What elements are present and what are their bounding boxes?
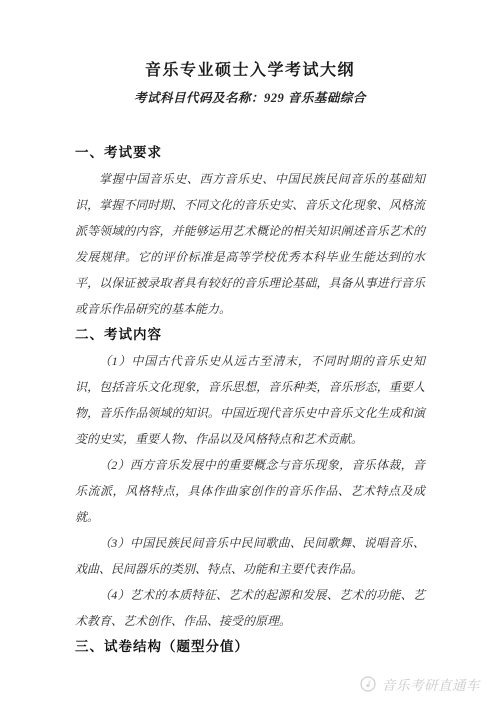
watermark: 音乐考研直通车 [359, 674, 480, 694]
section-heading-exam-requirements: 一、考试要求 [75, 140, 425, 166]
document-content: 音乐专业硕士入学考试大纲 考试科目代码及名称：929 音乐基础综合 一、考试要求… [0, 0, 500, 660]
music-note-circle-icon [359, 675, 377, 693]
exam-content-item-4: （4）艺术的本质特征、艺术的起源和发展、艺术的功能、艺术教育、艺术创作、作品、接… [75, 582, 425, 634]
section-heading-exam-content: 二、考试内容 [75, 322, 425, 348]
document-body: 一、考试要求 掌握中国音乐史、西方音乐史、中国民族民间音乐的基础知识，掌握不同时… [75, 140, 425, 660]
section-heading-paper-structure: 三、试卷结构（题型分值） [75, 634, 425, 660]
exam-content-item-3: （3）中国民族民间音乐中民间歌曲、民间歌舞、说唱音乐、戏曲、民间器乐的类别、特点… [75, 530, 425, 582]
watermark-label: 音乐考研直通车 [382, 674, 480, 694]
page-subtitle: 考试科目代码及名称：929 音乐基础综合 [75, 89, 425, 107]
document-page: 音乐专业硕士入学考试大纲 考试科目代码及名称：929 音乐基础综合 一、考试要求… [0, 0, 500, 707]
exam-content-item-1: （1）中国古代音乐史从远古至清末，不同时期的音乐史知识，包括音乐文化现象，音乐思… [75, 348, 425, 452]
exam-content-item-2: （2）西方音乐发展中的重要概念与音乐现象，音乐体裁，音乐流派，风格特点，具体作曲… [75, 452, 425, 530]
exam-requirements-paragraph: 掌握中国音乐史、西方音乐史、中国民族民间音乐的基础知识，掌握不同时期、不同文化的… [75, 166, 425, 322]
page-title: 音乐专业硕士入学考试大纲 [75, 0, 425, 82]
